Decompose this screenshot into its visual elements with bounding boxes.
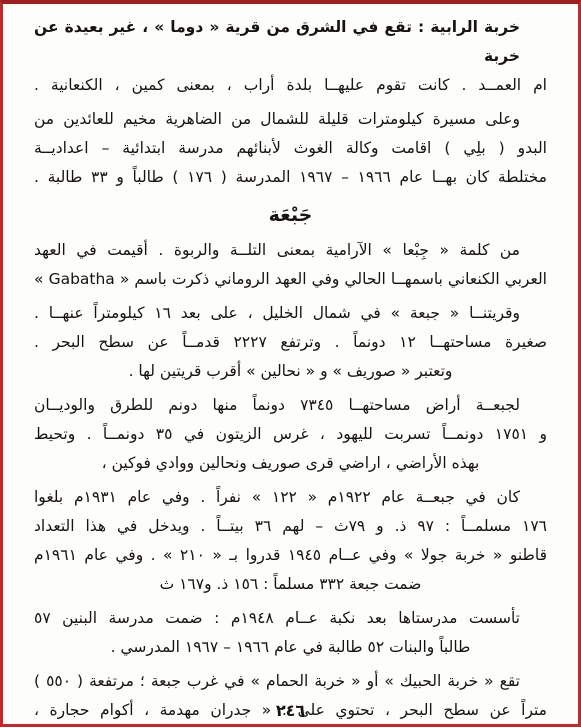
text-line: خربة الرابية : تقع في الشرق من قرية « دو… xyxy=(34,13,547,71)
text-line: كان في جبعــة عام ١٩٢٢م « ١٢٢ » نفراً . … xyxy=(34,483,547,512)
text-line: وقريتنــا « جبعة » في شمال الخليل ، على … xyxy=(34,299,547,328)
text-line: صغيرة مساحتهــا ١٢ دونماً . وترتفع ٢٢٢٧ … xyxy=(34,328,547,357)
text-line: لجبعــة أراض مساحتهــا ٧٣٤٥ دونماً منها … xyxy=(34,391,547,420)
census-paragraph: كان في جبعــة عام ١٩٢٢م « ١٢٢ » نفراً . … xyxy=(34,483,547,599)
text-line: تقع « خربة الحبيك » أو « خربة الحمام » ف… xyxy=(34,667,547,696)
text-line: قاطنو « خربة جولا » وفي عــام ١٩٤٥ قدروا… xyxy=(34,541,547,570)
text-line: وتعتبر « صوريف » و « نحالين » أقرب قريتي… xyxy=(34,357,547,386)
khirbat-al-rabiya-paragraph: خربة الرابية : تقع في الشرق من قرية « دو… xyxy=(34,13,547,100)
text-line: من كلمة « جِبْعا » الآرامية بمعنى التلــ… xyxy=(34,236,547,265)
text-line: ١٧٦ مسلمــاً : ٩٧ ذ. و ٧٩ث – لهم ٣٦ بيتـ… xyxy=(34,512,547,541)
lands-paragraph: لجبعــة أراض مساحتهــا ٧٣٤٥ دونماً منها … xyxy=(34,391,547,478)
page-text-content: خربة الرابية : تقع في الشرق من قرية « دو… xyxy=(3,4,578,725)
text-line: البدو ( بلِي ) اقامت وكالة الغوث لأبنائه… xyxy=(34,134,547,163)
refugee-camp-school-paragraph: وعلى مسيرة كيلومترات قليلة للشمال من الض… xyxy=(34,105,547,192)
schools-paragraph: تأسست مدرستاها بعد نكبة عــام ١٩٤٨م : ضم… xyxy=(34,604,547,662)
text-line: العربي الكنعاني باسمهــا الحالي وفي العه… xyxy=(34,265,547,294)
scanned-book-page: خربة الرابية : تقع في الشرق من قرية « دو… xyxy=(0,0,581,727)
text-line: ضمت جبعة ٣٣٢ مسلماً : ١٥٦ ذ. و١٦٧ ث xyxy=(34,570,547,599)
text-line: مختلطة كان بهــا عام ١٩٦٦ – ١٩٦٧ المدرسة… xyxy=(34,163,547,192)
text-line: وعلى مسيرة كيلومترات قليلة للشمال من الض… xyxy=(34,105,547,134)
text-line: بهذه الأراضي ، اراضي قرى صوريف ونحالين و… xyxy=(34,449,547,478)
page-number: ٢٤٦ xyxy=(3,701,578,720)
text-line: ام العمــد . كانت تقوم عليهــا بلدة أراب… xyxy=(34,71,547,100)
village-heading-jaba: جَبْعَة xyxy=(34,202,547,228)
text-line: و ١٧٥١ دونمــاً تسربت لليهود ، غرس الزيت… xyxy=(34,420,547,449)
text-line: طالباً والبنات ٥٢ طالبة في عام ١٩٦٦ – ١٩… xyxy=(34,633,547,662)
etymology-paragraph: من كلمة « جِبْعا » الآرامية بمعنى التلــ… xyxy=(34,236,547,294)
text-line: تأسست مدرستاها بعد نكبة عــام ١٩٤٨م : ضم… xyxy=(34,604,547,633)
location-paragraph: وقريتنــا « جبعة » في شمال الخليل ، على … xyxy=(34,299,547,386)
